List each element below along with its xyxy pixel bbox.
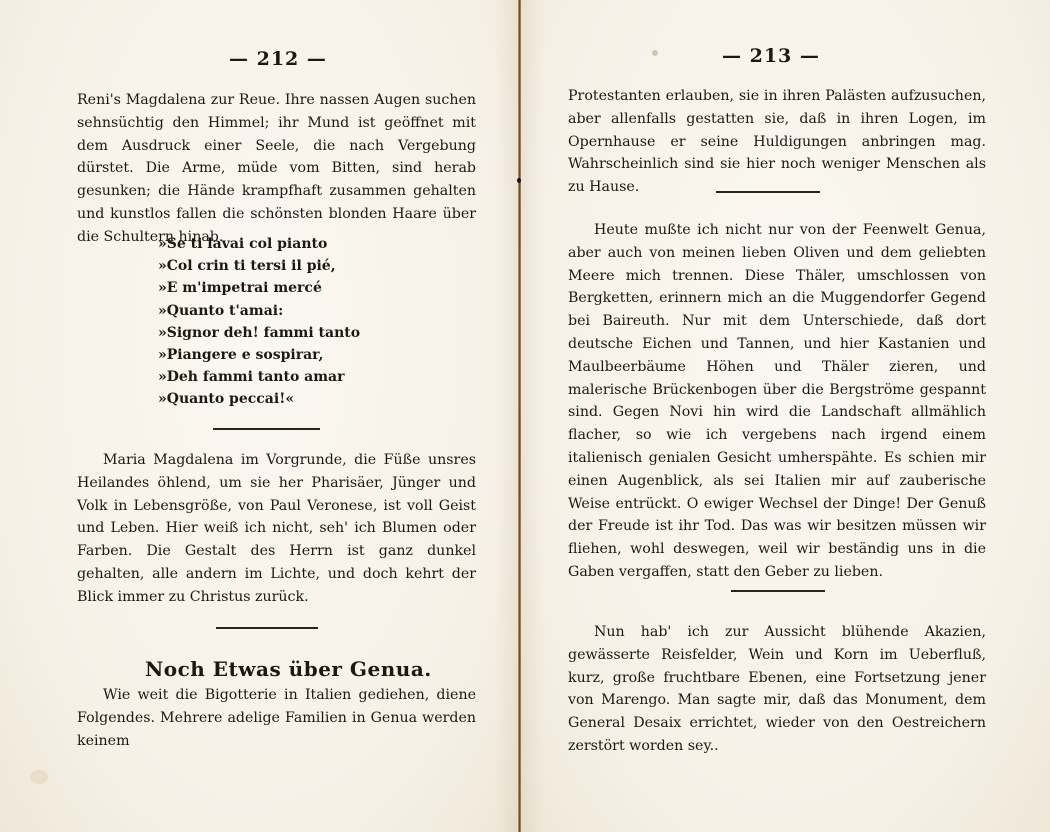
left-paragraph-3: Wie weit die Bigotterie in Italien gedie… — [77, 684, 476, 752]
section-divider — [213, 428, 320, 430]
left-page: — 212 — Reni's Magdalena zur Reue. Ihre … — [0, 0, 519, 832]
poem-line: »Piangere e sospirar, — [158, 344, 360, 366]
book-spread: — 212 — Reni's Magdalena zur Reue. Ihre … — [0, 0, 1050, 832]
section-heading: Noch Etwas über Genua. — [145, 657, 432, 681]
paragraph-text: Wie weit die Bigotterie in Italien gedie… — [77, 684, 476, 752]
foxing-spot — [517, 178, 521, 183]
paragraph-text: Protestanten erlauben, sie in ihren Palä… — [568, 85, 986, 199]
section-divider — [731, 590, 825, 592]
spine-shadow — [521, 0, 544, 832]
poem-line: »Quanto peccai!« — [158, 388, 360, 410]
poem-line: »Deh fammi tanto amar — [158, 366, 360, 388]
italian-poem: »Se ti lavai col pianto »Col crin ti ter… — [158, 233, 360, 411]
right-paragraph-1: Protestanten erlauben, sie in ihren Palä… — [568, 85, 986, 199]
right-paragraph-3: Nun hab' ich zur Aussicht blühende Akazi… — [568, 621, 986, 758]
left-paragraph-2: Maria Magdalena im Vorgrunde, die Füße u… — [77, 449, 476, 609]
page-number-left: — 212 — — [229, 48, 327, 70]
page-number-right: — 213 — — [722, 45, 820, 67]
left-paragraph-1: Reni's Magdalena zur Reue. Ihre nassen A… — [77, 89, 476, 249]
paragraph-text: Reni's Magdalena zur Reue. Ihre nassen A… — [77, 89, 476, 249]
poem-line: »Signor deh! fammi tanto — [158, 322, 360, 344]
paragraph-text: Maria Magdalena im Vorgrunde, die Füße u… — [77, 449, 476, 609]
foxing-spot — [652, 50, 658, 56]
right-paragraph-2: Heute mußte ich nicht nur von der Feenwe… — [568, 219, 986, 584]
foxing-spot — [30, 770, 48, 784]
poem-line: »Col crin ti tersi il pié, — [158, 255, 360, 277]
book-spine — [518, 0, 521, 832]
poem-line: »E m'impetrai mercé — [158, 277, 360, 299]
section-divider — [216, 627, 318, 629]
paragraph-text: Heute mußte ich nicht nur von der Feenwe… — [568, 219, 986, 584]
spine-shadow — [495, 0, 518, 832]
poem-line: »Quanto t'amai: — [158, 300, 360, 322]
paragraph-text: Nun hab' ich zur Aussicht blühende Akazi… — [568, 621, 986, 758]
poem-line: »Se ti lavai col pianto — [158, 233, 360, 255]
section-divider — [716, 191, 820, 193]
